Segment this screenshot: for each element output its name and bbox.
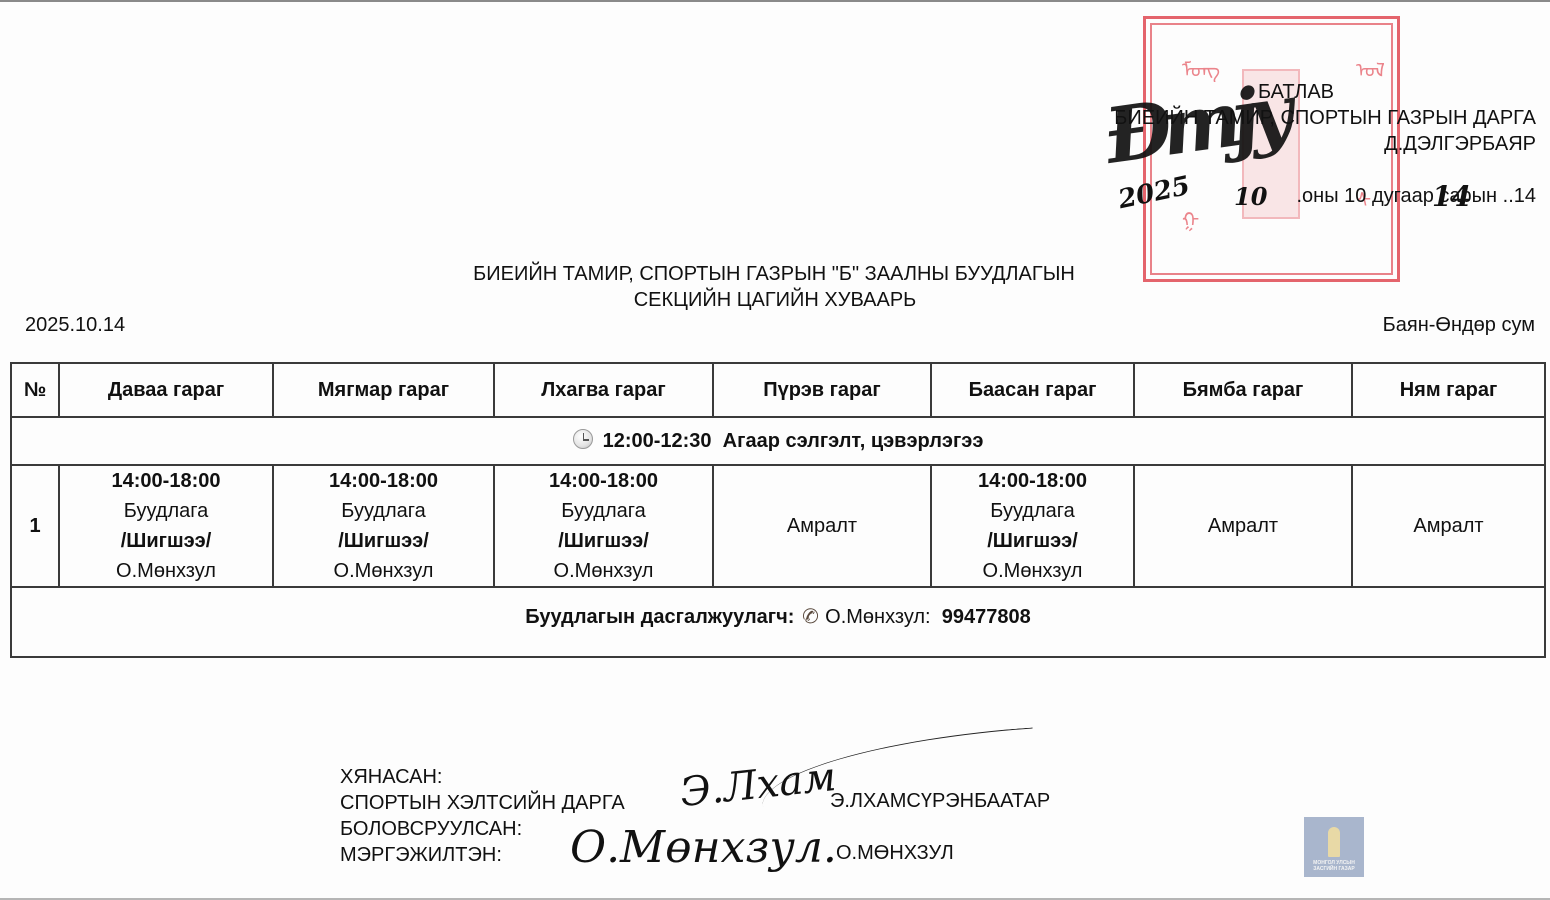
- reviewer-name: Э.ЛХАМСҮРЭНБААТАР: [830, 790, 1050, 813]
- cell-wednesday: 14:00-18:00 Буудлага /Шигшээ/ О.Мөнхзул: [494, 465, 713, 587]
- slot-group: /Шигшээ/: [932, 526, 1133, 556]
- header-row: № Даваа гараг Мягмар гараг Лхагва гараг …: [11, 363, 1545, 417]
- table-row: 1 14:00-18:00 Буудлага /Шигшээ/ О.Мөнхзу…: [11, 465, 1545, 587]
- document-place: Баян-Өндөр сум: [1383, 314, 1535, 337]
- slot-activity: Буудлага: [60, 496, 272, 526]
- slot-activity: Буудлага: [932, 496, 1133, 526]
- break-time: 12:00-12:30: [603, 430, 712, 452]
- slot-time: 14:00-18:00: [274, 466, 493, 496]
- col-wednesday: Лхагва гараг: [494, 363, 713, 417]
- reviewer-position: СПОРТЫН ХЭЛТСИЙН ДАРГА: [340, 790, 625, 816]
- slot-coach: О.Мөнхзул: [495, 556, 712, 586]
- title-line-1: БИЕИЙН ТАМИР, СПОРТЫН ГАЗРЫН "Б" ЗААЛНЫ …: [0, 261, 1550, 287]
- mongolian-script-right: ᠤᠯ: [1356, 59, 1374, 81]
- cell-monday: 14:00-18:00 Буудлага /Шигшээ/ О.Мөнхзул: [59, 465, 273, 587]
- government-logo: МОНГОЛ УЛСЫН ЗАСГИЙН ГАЗАР: [1304, 817, 1364, 877]
- cell-thursday: Амралт: [713, 465, 931, 587]
- handwritten-day: 14: [1432, 180, 1471, 213]
- document-date: 2025.10.14: [25, 314, 125, 337]
- reviewer-signature: Э.Лхам: [678, 754, 838, 816]
- cell-tuesday: 14:00-18:00 Буудлага /Шигшээ/ О.Мөнхзул: [273, 465, 494, 587]
- col-number: №: [11, 363, 59, 417]
- phone-icon: ✆: [800, 602, 821, 630]
- soyombo-icon: [1328, 827, 1340, 857]
- break-text: Агаар сэлгэлт, цэвэрлэгээ: [723, 430, 984, 452]
- coach-phone: 99477808: [942, 606, 1031, 628]
- schedule-table: № Даваа гараг Мягмар гараг Лхагва гараг …: [10, 362, 1546, 658]
- coach-contact-cell: Буудлагын дасгалжуулагч:✆О.Мөнхзул: 9947…: [11, 587, 1545, 657]
- approval-name: Д.ДЭЛГЭРБАЯР: [1384, 133, 1536, 155]
- slot-activity: Буудлага: [274, 496, 493, 526]
- title-line-2: СЕКЦИЙН ЦАГИЙН ХУВААРЬ: [0, 287, 1550, 313]
- mongolian-script-left-lower: ᠭ: [1182, 209, 1200, 231]
- slot-coach: О.Мөнхзул: [274, 556, 493, 586]
- slot-coach: О.Мөнхзул: [60, 556, 272, 586]
- gov-logo-line2: ЗАСГИЙН ГАЗАР: [1313, 866, 1354, 872]
- slot-time: 14:00-18:00: [60, 466, 272, 496]
- preparer-signature: О.Мөнхзул.: [570, 822, 837, 873]
- slot-group: /Шигшээ/: [60, 526, 272, 556]
- cell-friday: 14:00-18:00 Буудлага /Шигшээ/ О.Мөнхзул: [931, 465, 1134, 587]
- clock-icon: [573, 429, 593, 449]
- slot-time: 14:00-18:00: [932, 466, 1133, 496]
- coach-contact-row: Буудлагын дасгалжуулагч:✆О.Мөнхзул: 9947…: [11, 587, 1545, 657]
- cell-saturday: Амралт: [1134, 465, 1352, 587]
- slot-activity: Буудлага: [495, 496, 712, 526]
- coach-label: Буудлагын дасгалжуулагч:: [525, 606, 794, 628]
- col-saturday: Бямба гараг: [1134, 363, 1352, 417]
- handwritten-month: 10: [1234, 182, 1267, 211]
- slot-time: 14:00-18:00: [495, 466, 712, 496]
- col-tuesday: Мягмар гараг: [273, 363, 494, 417]
- document-title: БИЕИЙН ТАМИР, СПОРТЫН ГАЗРЫН "Б" ЗААЛНЫ …: [0, 261, 1550, 313]
- col-friday: Баасан гараг: [931, 363, 1134, 417]
- slot-coach: О.Мөнхзул: [932, 556, 1133, 586]
- preparer-name: О.МӨНХЗУЛ: [836, 842, 954, 865]
- break-cell: 12:00-12:30 Агаар сэлгэлт, цэвэрлэгээ: [11, 417, 1545, 465]
- mongolian-script-left: ᠮᠣᠩ: [1182, 59, 1200, 81]
- slot-group: /Шигшээ/: [495, 526, 712, 556]
- coach-name: О.Мөнхзул:: [825, 606, 930, 628]
- col-monday: Даваа гараг: [59, 363, 273, 417]
- cell-sunday: Амралт: [1352, 465, 1545, 587]
- break-row: 12:00-12:30 Агаар сэлгэлт, цэвэрлэгээ: [11, 417, 1545, 465]
- reviewed-label: ХЯНАСАН:: [340, 764, 625, 790]
- slot-group: /Шигшээ/: [274, 526, 493, 556]
- row-number: 1: [11, 465, 59, 587]
- col-thursday: Пүрэв гараг: [713, 363, 931, 417]
- col-sunday: Ням гараг: [1352, 363, 1545, 417]
